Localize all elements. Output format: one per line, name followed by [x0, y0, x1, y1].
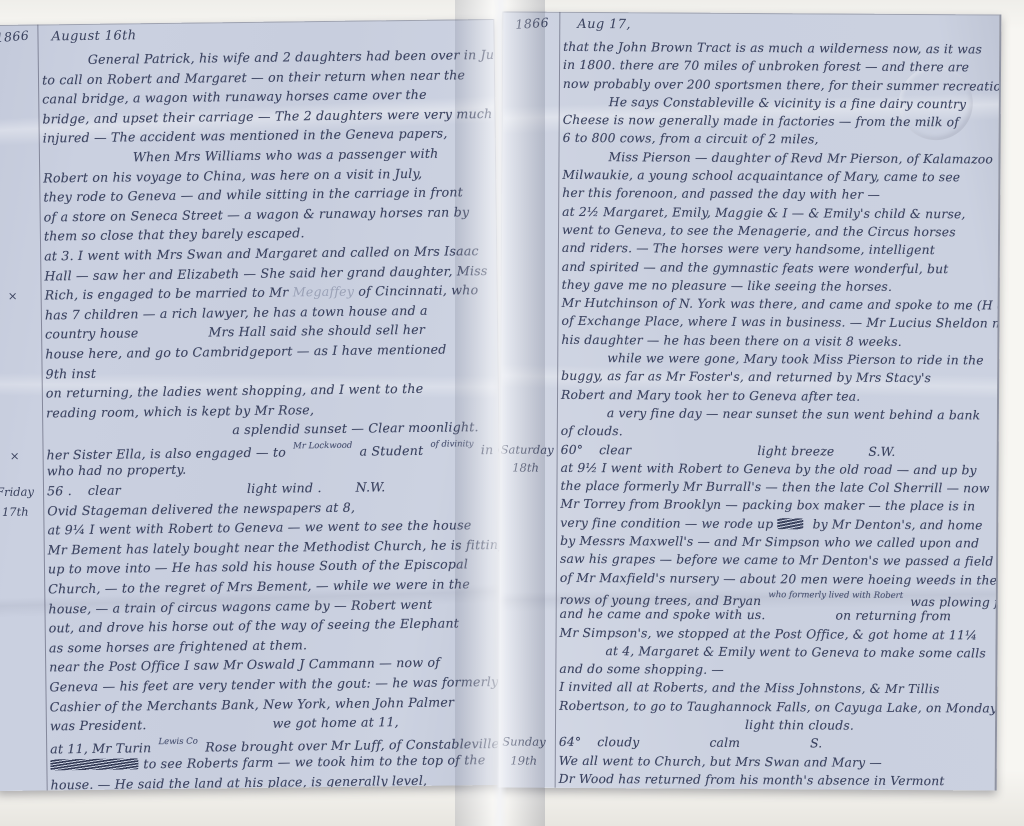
- text-segment: Rich, is engaged to be married to Mr: [45, 285, 293, 303]
- line-text: Mr Hutchinson of N. York was there, and …: [552, 296, 1002, 313]
- margin-note: [0, 143, 33, 144]
- interlinear-insertion: who formerly lived with Robert: [768, 590, 903, 601]
- text-segment: 56 .: [47, 483, 72, 498]
- text-segment: the place formerly Mr Burrall's — then t…: [560, 479, 989, 496]
- margin-note: [0, 358, 35, 359]
- line-text: 64°cloudycalmS.: [549, 735, 823, 751]
- margin-note: [0, 221, 34, 222]
- interlinear-insertion: Lewis Co: [158, 736, 197, 746]
- diary-page-right: 1866 Aug 17, that the John Brown Tract i…: [498, 11, 1002, 790]
- line-text: at 4, Margaret & Emily went to Geneva to…: [549, 644, 985, 661]
- journal-text-block: that the John Brown Tract is as much a w…: [499, 39, 1000, 790]
- date-heading: August 16th: [39, 28, 136, 44]
- text-segment: as some horses are frightened at them.: [49, 637, 307, 655]
- text-segment: of Cincinnati, who: [354, 282, 478, 299]
- line-text: I invited all at Roberts, and the Miss J…: [549, 680, 939, 696]
- text-segment: light wind .: [247, 480, 322, 496]
- line-text: and do some shopping. —: [549, 662, 724, 677]
- margin-note: [0, 163, 33, 164]
- margin-note: Sunday: [499, 735, 549, 749]
- line-text: and he came and spoke with us.on returni…: [550, 607, 951, 623]
- margin-note: [0, 104, 32, 105]
- line-text: his daughter — he has been there on a vi…: [551, 333, 902, 349]
- diary-page-left: 1866 August 16th General Patrick, his wi…: [0, 19, 504, 791]
- interlinear-insertion: Mr Lockwood: [293, 441, 352, 452]
- text-segment: Robert and Mary took her to Geneva after…: [561, 387, 860, 403]
- line-text: the place formerly Mr Burrall's — then t…: [550, 479, 989, 496]
- line-text: went to Geneva, to see the Menagerie, an…: [552, 223, 956, 239]
- margin-note: [0, 378, 36, 379]
- text-segment: clear: [599, 443, 631, 457]
- text-segment: reading room, which is kept by Mr Rose,: [46, 402, 314, 420]
- margin-note: [0, 241, 34, 242]
- line-text: by Messrs Maxwell's — and Mr Simpson who…: [550, 534, 979, 551]
- text-segment: I invited all at Roberts, and the Miss J…: [559, 680, 939, 696]
- line-text: 9th inst: [36, 365, 97, 381]
- journal-text-block: General Patrick, his wife and 2 daughter…: [0, 47, 503, 791]
- line-text: 6 to 800 cows, from a circuit of 2 miles…: [553, 131, 819, 147]
- text-segment: who had no property.: [47, 462, 187, 479]
- line-text: We all went to Church, but Mrs Swan and …: [549, 753, 882, 769]
- text-segment: on returning from: [835, 609, 951, 624]
- text-segment: country house: [45, 326, 139, 342]
- text-segment: her this forenoon, and passed the day wi…: [562, 186, 880, 202]
- text-segment: calm: [709, 736, 740, 750]
- margin-note: [0, 789, 41, 790]
- text-segment: S.W.: [868, 444, 895, 458]
- text-segment: by Messrs Maxwell's — and Mr Simpson who…: [560, 534, 979, 551]
- text-segment: and do some shopping. —: [559, 662, 724, 677]
- text-segment: Miss Pierson — daughter of Revd Mr Piers…: [608, 150, 993, 166]
- text-segment: light thin clouds.: [745, 718, 854, 733]
- year-label: 1866: [0, 27, 40, 46]
- text-segment: and spirited — and the gymnastic feats w…: [562, 259, 949, 275]
- text-segment: was President.: [50, 717, 147, 733]
- margin-note: [0, 261, 34, 262]
- margin-note: [0, 574, 38, 575]
- margin-note: 18th: [501, 460, 551, 474]
- line-text: Dr Wood has returned from his month's ab…: [549, 772, 945, 788]
- text-segment: we got home at 11,: [272, 714, 398, 731]
- margin-note: [0, 711, 40, 712]
- ink-scribble: [777, 518, 803, 529]
- text-segment: of clouds.: [561, 424, 623, 438]
- margin-note: [0, 437, 36, 438]
- text-segment: by Mr Denton's, and home: [808, 517, 982, 532]
- text-segment: on returning, the ladies went shopping, …: [46, 381, 424, 401]
- margin-note: [0, 65, 32, 66]
- text-segment: Ovid Stageman delivered the newspapers a…: [47, 499, 355, 518]
- text-segment: Mr Simpson's, we stopped at the Post Off…: [560, 625, 978, 642]
- margin-note: [0, 594, 38, 595]
- text-segment: 6 to 800 cows, from a circuit of 2 miles…: [563, 131, 819, 147]
- line-text: saw his grapes — before we came to Mr De…: [550, 552, 994, 569]
- line-text: who had no property.: [37, 462, 187, 479]
- line-text: they gave me no pleasure — like seeing t…: [552, 278, 892, 294]
- text-segment: a splendid sunset — Clear moonlight.: [232, 419, 479, 437]
- date-heading: Aug 17,: [565, 17, 631, 32]
- line-text: of Mr Maxfield's nursery — about 20 men …: [550, 570, 997, 587]
- text-segment: was plowing for them, we stopped: [906, 595, 1001, 610]
- margin-note: 17th: [0, 504, 37, 519]
- text-segment: they gave me no pleasure — like seeing t…: [562, 278, 892, 294]
- text-segment: at 4, Margaret & Emily went to Geneva to…: [605, 644, 985, 660]
- margin-note: [0, 770, 40, 771]
- line-text: 60°clearlight breezeS.W.: [551, 442, 896, 458]
- margin-note: [0, 652, 39, 653]
- text-segment: while we were gone, Mary took Miss Piers…: [607, 351, 984, 367]
- margin-note: [0, 182, 33, 183]
- text-segment: and he came and spoke with us.: [560, 607, 766, 622]
- line-text: in 1800. there are 70 miles of unbroken …: [553, 58, 969, 75]
- ink-scribble: [50, 759, 138, 771]
- margin-note: [0, 633, 39, 634]
- year-label: 1866: [503, 14, 566, 33]
- text-segment: in 1800. there are 70 miles of unbroken …: [563, 58, 969, 74]
- text-segment: light breeze: [757, 444, 834, 458]
- margin-note: [0, 476, 37, 477]
- line-text: very fine condition — we rode up by Mr D…: [550, 516, 982, 533]
- line-text: Ovid Stageman delivered the newspapers a…: [37, 499, 355, 518]
- text-segment: Mr Hutchinson of N. York was there, and …: [562, 296, 1002, 313]
- text-segment: went to Geneva, to see the Menagerie, an…: [562, 223, 956, 239]
- line-text: while we were gone, Mary took Miss Piers…: [551, 351, 984, 368]
- text-segment: 60°: [561, 442, 583, 456]
- line-text: Robertson, to go to Taughannock Falls, o…: [549, 698, 997, 715]
- text-segment: Mr Torrey from Brooklyn — packing box ma…: [560, 497, 975, 514]
- text-segment: to see Roberts farm — we took him to the…: [143, 752, 485, 771]
- pencil-text: Megaffey: [293, 284, 355, 300]
- line-text: them so close that they barely escaped.: [34, 226, 305, 244]
- text-segment: He says Constableville & vicinity is a f…: [609, 95, 966, 111]
- margin-note: [0, 672, 39, 673]
- line-text: of clouds.: [551, 424, 623, 438]
- text-segment: buggy, as far as Mr Foster's, and return…: [561, 369, 931, 385]
- line-text: buggy, as far as Mr Foster's, and return…: [551, 369, 931, 385]
- margin-note: [0, 417, 36, 418]
- line-text: Mr Torrey from Brooklyn — packing box ma…: [550, 497, 975, 514]
- line-text: as some horses are frightened at them.: [39, 637, 307, 655]
- text-segment: Robertson, to go to Taughannock Falls, o…: [559, 699, 997, 716]
- margin-note: [0, 84, 32, 85]
- margin-note: [0, 535, 38, 536]
- text-segment: a Student: [355, 443, 427, 459]
- margin-note: [0, 339, 35, 340]
- line-text: Mr Simpson's, we stopped at the Post Off…: [550, 625, 978, 642]
- margin-note: [0, 123, 33, 124]
- margin-note: [0, 280, 34, 281]
- text-segment: Robert on his voyage to China, was here …: [43, 165, 422, 185]
- margin-note: [0, 731, 40, 732]
- line-text: Miss Pierson — daughter of Revd Mr Piers…: [552, 150, 993, 167]
- line-text: her this forenoon, and passed the day wi…: [552, 186, 880, 202]
- line-text: 56 .clearlight wind .N.W.: [37, 479, 386, 498]
- margin-note: [0, 202, 34, 203]
- text-segment: When Mrs Williams who was a passenger wi…: [133, 146, 439, 165]
- line-text: Cheese is now generally made in factorie…: [553, 113, 959, 129]
- margin-note: Friday: [0, 485, 37, 500]
- margin-note: [0, 398, 36, 399]
- line-text: and riders. — The horses were very hands…: [552, 241, 935, 257]
- line-text: that the John Brown Tract is as much a w…: [553, 40, 982, 57]
- line-text: light thin clouds.: [549, 717, 854, 733]
- text-segment: Milwaukie, a young school acquaintance o…: [562, 168, 960, 184]
- margin-note: [0, 692, 39, 693]
- text-segment: that the John Brown Tract is as much a w…: [563, 40, 982, 57]
- text-segment: Mrs Hall said she should sell her: [208, 322, 425, 340]
- text-segment: Cheese is now generally made in factorie…: [563, 113, 959, 129]
- line-text: and spirited — and the gymnastic feats w…: [552, 259, 949, 275]
- text-segment: saw his grapes — before we came to Mr De…: [560, 552, 994, 569]
- text-segment: her Sister Ella, is also engaged — to: [47, 444, 291, 462]
- margin-note: Saturday: [501, 442, 551, 456]
- line-text: was President.we got home at 11,: [40, 714, 399, 733]
- text-segment: 9th inst: [46, 365, 97, 381]
- text-segment: and riders. — The horses were very hands…: [562, 241, 935, 257]
- line-text: at 2½ Margaret, Emily, Maggie & I — & Em…: [552, 204, 966, 221]
- text-segment: Rose brought over Mr Luff, of Constablev…: [201, 736, 499, 755]
- text-segment: rows of young trees, and Bryan: [560, 593, 766, 608]
- text-segment: now probably over 200 sportsmen there, f…: [563, 76, 1001, 93]
- line-text: Robert and Mary took her to Geneva after…: [551, 387, 860, 403]
- text-segment: We all went to Church, but Mrs Swan and …: [559, 753, 882, 769]
- line-text: a very fine day — near sunset the sun we…: [551, 406, 980, 423]
- text-segment: cloudy: [597, 735, 639, 749]
- text-segment: 64°: [559, 735, 581, 749]
- text-segment: very fine condition — we rode up: [560, 516, 777, 531]
- line-text: at 9½ I went with Robert to Geneva by th…: [551, 461, 977, 478]
- text-segment: his daughter — he has been there on a vi…: [561, 333, 902, 349]
- text-segment: Dr Wood has returned from his month's ab…: [559, 772, 945, 788]
- margin-note: [0, 613, 39, 614]
- line-text: reading room, which is kept by Mr Rose,: [36, 402, 314, 420]
- line-text: of Exchange Place, where I was in busine…: [551, 314, 1001, 331]
- margin-note: [0, 753, 40, 754]
- line-text: now probably over 200 sportsmen there, f…: [553, 76, 1001, 93]
- margin-note: 19th: [499, 753, 549, 767]
- margin-note: ×: [0, 448, 37, 463]
- margin-note: [0, 554, 38, 555]
- text-segment: of Mr Maxfield's nursery — about 20 men …: [560, 570, 997, 587]
- text-segment: at 2½ Margaret, Emily, Maggie & I — & Em…: [562, 205, 966, 221]
- text-segment: clear: [88, 483, 121, 498]
- journal-line: Dr Wood has returned from his month's ab…: [499, 771, 995, 790]
- text-segment: a very fine day — near sunset the sun we…: [607, 406, 980, 422]
- line-text: Milwaukie, a young school acquaintance o…: [552, 168, 960, 184]
- page-header: 1866 Aug 17,: [503, 15, 999, 42]
- text-segment: N.W.: [356, 479, 386, 494]
- text-segment: S.: [810, 737, 822, 751]
- line-text: He says Constableville & vicinity is a f…: [553, 95, 966, 112]
- margin-note: [0, 319, 35, 320]
- margin-note: ×: [0, 289, 35, 304]
- text-segment: of Exchange Place, where I was in busine…: [561, 314, 1001, 331]
- interlinear-insertion: of divinity: [430, 439, 473, 450]
- text-segment: at 9½ I went with Robert to Geneva by th…: [561, 461, 977, 478]
- text-segment: them so close that they barely escaped.: [44, 226, 305, 244]
- text-segment: at 11, Mr Turin: [50, 740, 156, 756]
